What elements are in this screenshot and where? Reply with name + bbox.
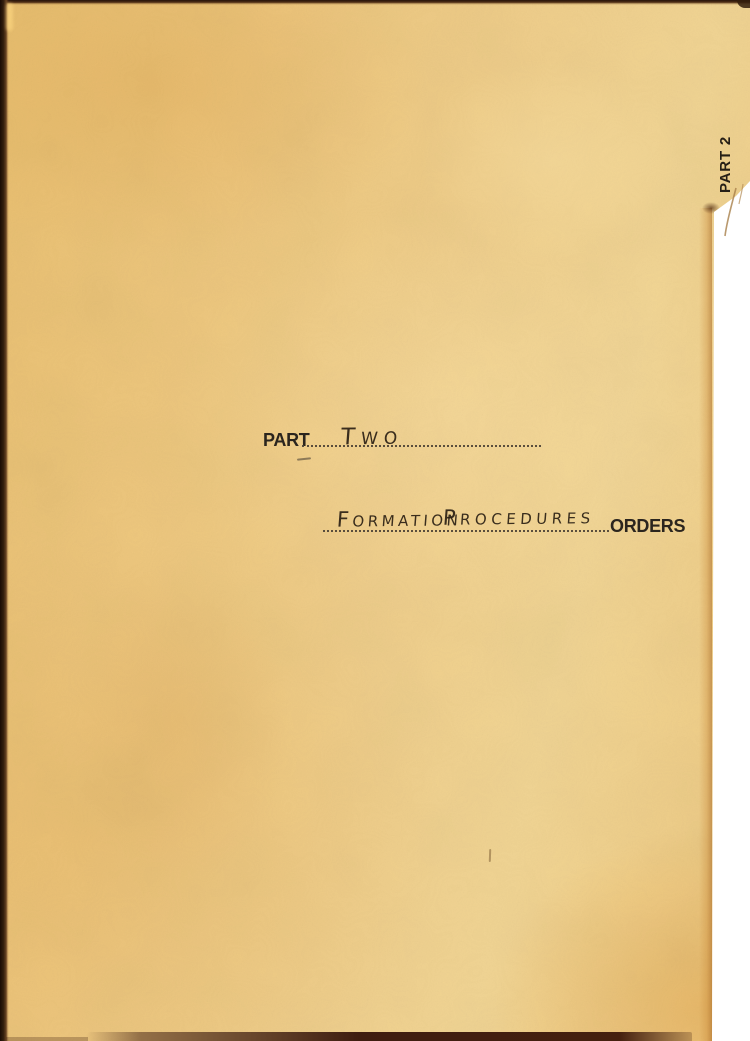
page-left-edge-shadow (0, 0, 9, 1041)
pen-tick-mark (489, 849, 491, 862)
orders-label: ORDERS (610, 516, 685, 537)
pen-dash-mark (297, 457, 311, 460)
page-corner-highlight (6, 3, 13, 31)
paper-page: PART 2 PART TWO FORMATION PROCEDURES ORD… (0, 0, 750, 1041)
scan-background: PART 2 PART TWO FORMATION PROCEDURES ORD… (0, 0, 750, 1041)
page-corner-mark (737, 0, 750, 8)
page-right-edge-shade (699, 208, 712, 1041)
page-bottom-edge-mark-left (6, 1037, 88, 1041)
page-bottom-edge-mark (86, 1032, 692, 1041)
page-top-edge-shadow (0, 0, 750, 5)
part-label: PART (263, 430, 309, 451)
paper-stain (70, 560, 290, 880)
paper-light-patch (420, 60, 680, 260)
part-value-handwritten: TWO (340, 424, 404, 451)
page-curl-lines (712, 180, 750, 242)
part-dotted-leader (302, 445, 541, 447)
subject-word-procedures: PROCEDURES (442, 504, 596, 530)
